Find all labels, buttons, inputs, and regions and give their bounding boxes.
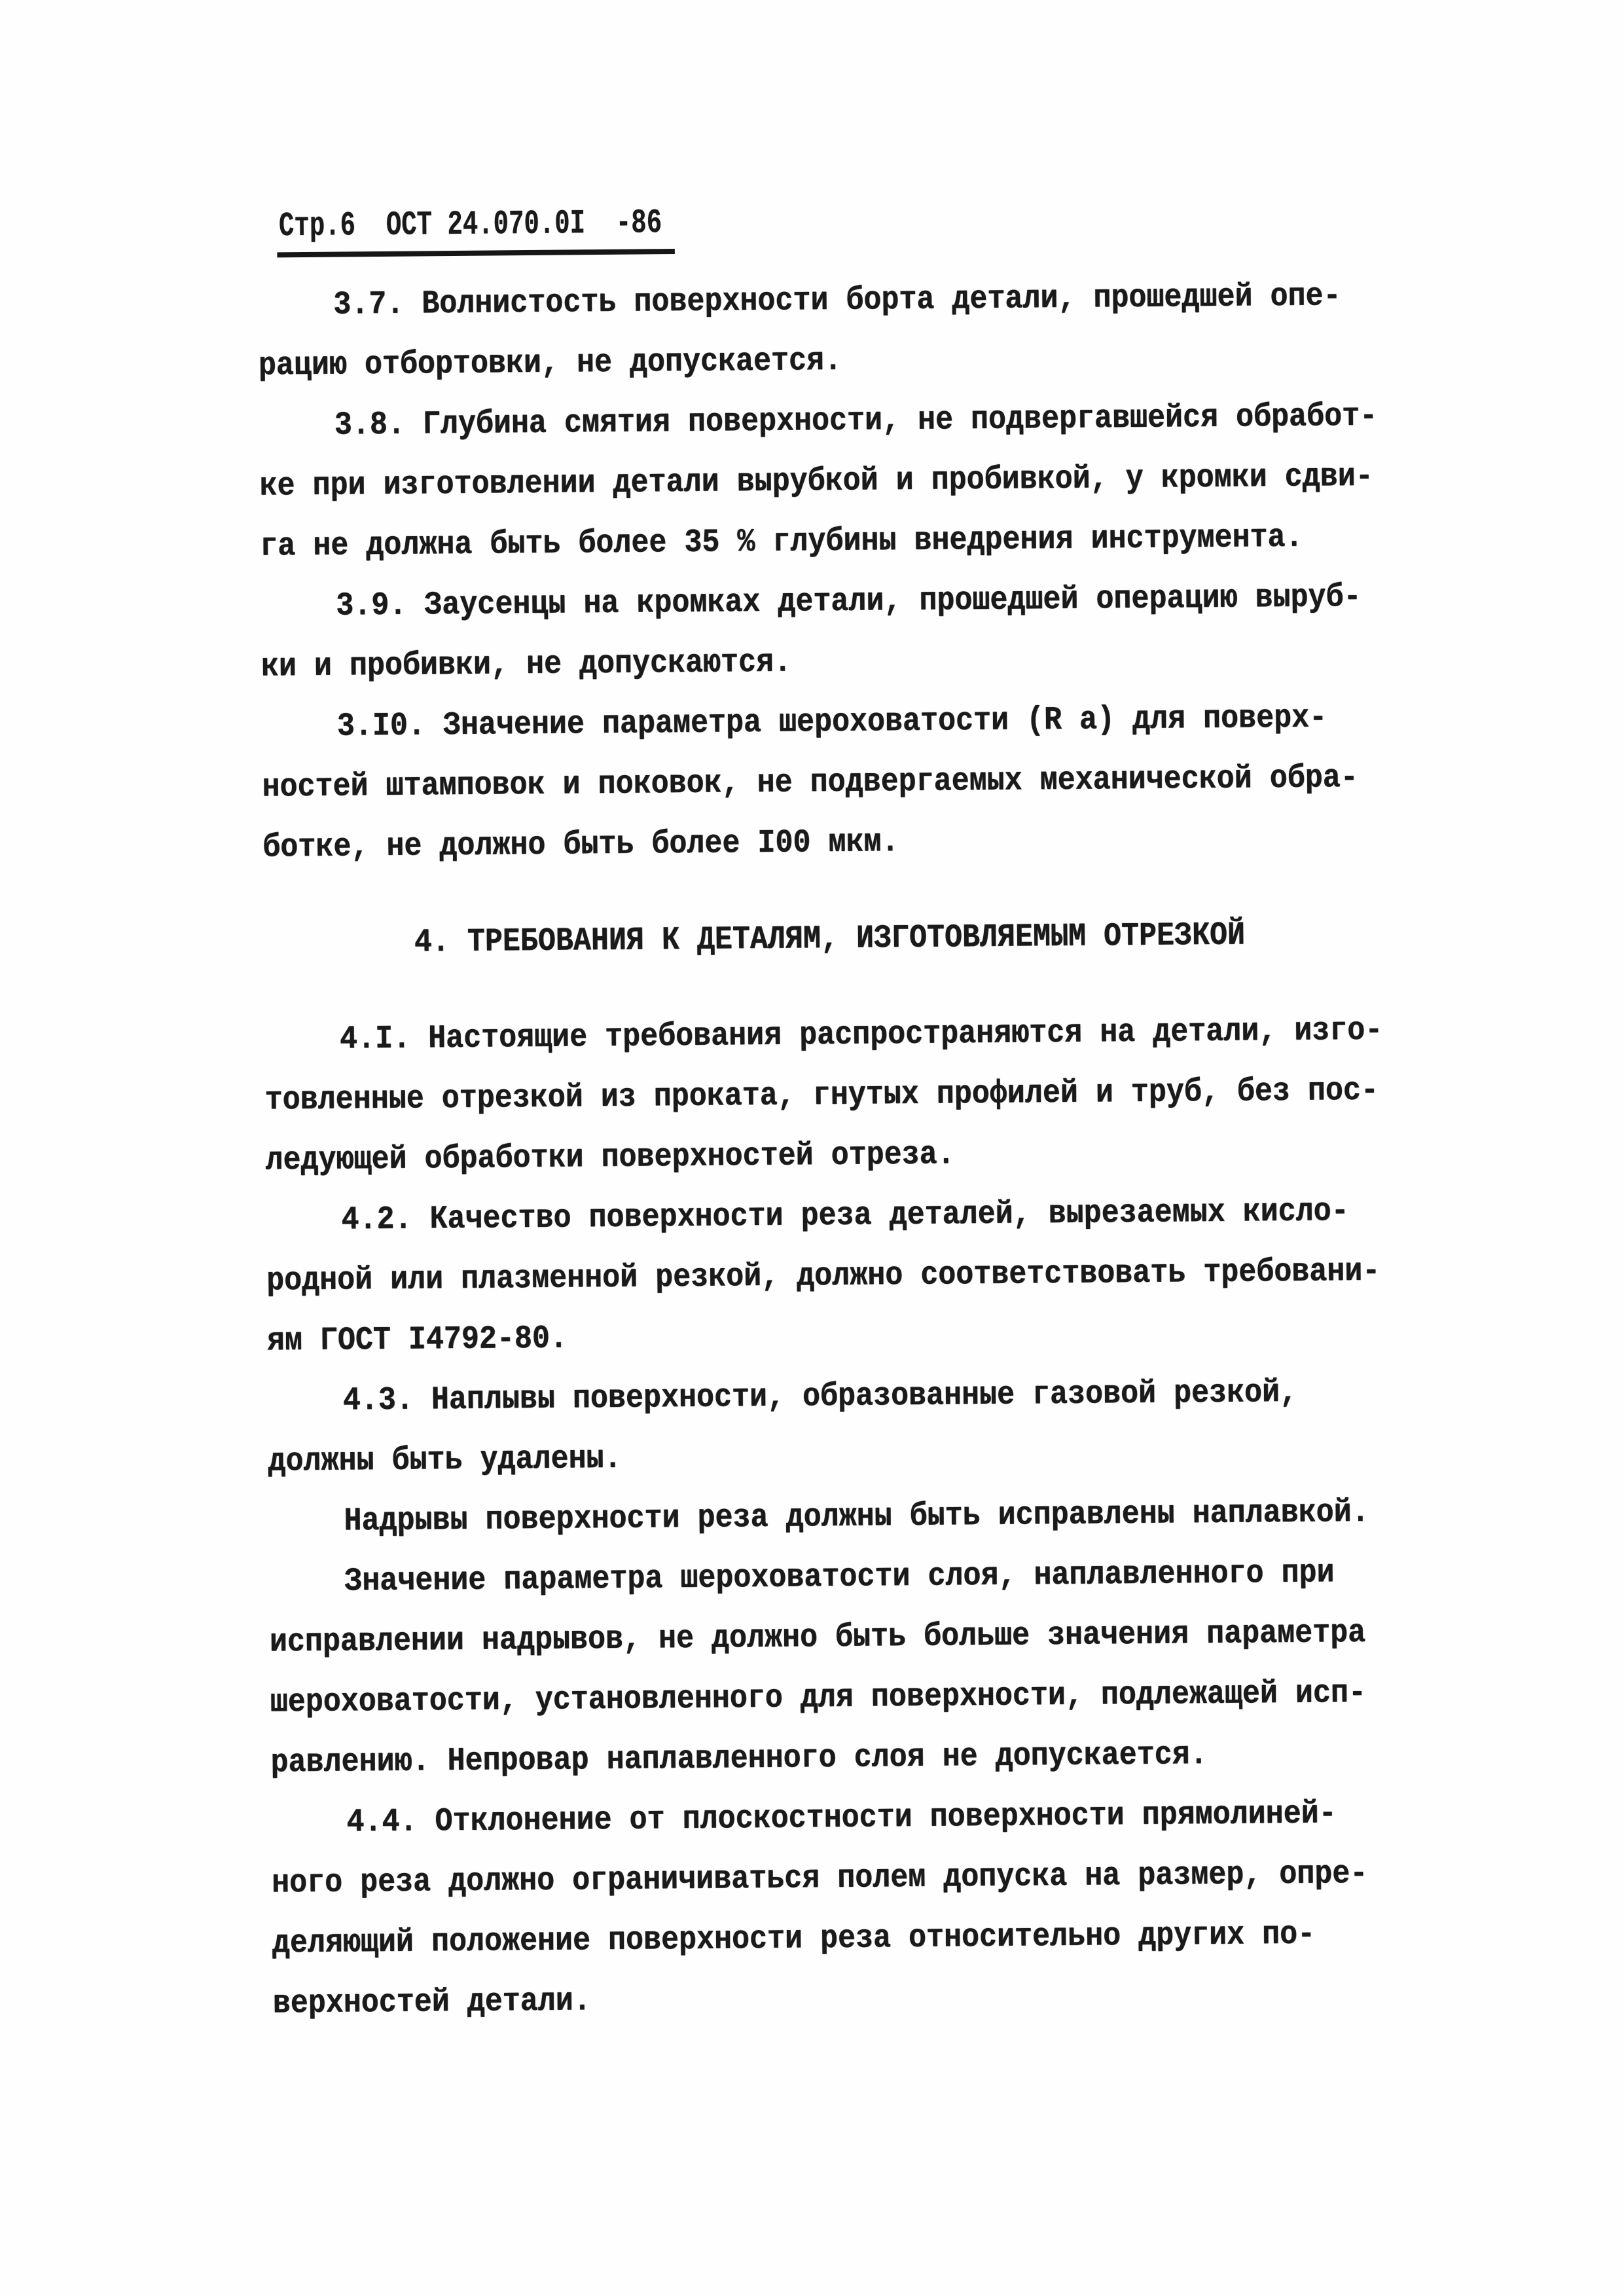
- paragraph: 4.2. Качество поверхности реза деталей, …: [266, 1181, 1399, 1372]
- paragraph: 3.9. Заусенцы на кромках детали, прошедш…: [261, 567, 1394, 697]
- paragraph: 4.4. Отклонение от плоскостности поверхн…: [271, 1783, 1405, 2034]
- paragraph: 4.3. Наплывы поверхности, образованные г…: [267, 1362, 1400, 1492]
- paragraph: 3.8. Глубина смятия поверхности, не подв…: [259, 386, 1392, 577]
- scanned-document-page: Стр.6 ОСТ 24.070.0I -86 3.7. Волнистость…: [0, 0, 1624, 2296]
- scan-tilt-wrapper: Стр.6 ОСТ 24.070.0I -86 3.7. Волнистость…: [0, 0, 1624, 2296]
- page-header: Стр.6 ОСТ 24.070.0I -86: [277, 204, 675, 257]
- paragraph: 4.I. Настоящие требования распространяют…: [264, 1000, 1398, 1191]
- paragraph: Значение параметра шероховатости слоя, н…: [269, 1542, 1403, 1793]
- paragraph: Надрывы поверхности реза должны быть исп…: [268, 1482, 1401, 1552]
- document-body: 3.7. Волнистость поверхности борта детал…: [258, 266, 1405, 2034]
- section-heading: 4. ТРЕБОВАНИЯ К ДЕТАЛЯМ, ИЗГОТОВЛЯЕМЫМ О…: [263, 904, 1396, 974]
- paragraph: 3.7. Волнистость поверхности борта детал…: [258, 266, 1391, 396]
- paragraph: 3.I0. Значение параметра шероховатости (…: [261, 687, 1395, 878]
